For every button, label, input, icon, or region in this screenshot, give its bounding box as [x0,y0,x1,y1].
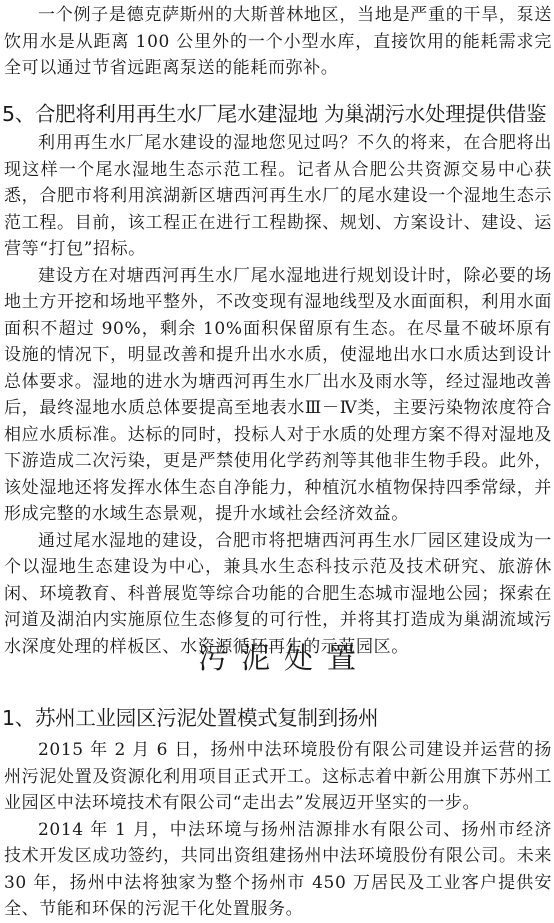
section5-paragraph-1: 利用再生水厂尾水建设的湿地您见过吗？不久的将来，在合肥将出现这样一个尾水湿地生态… [0,130,554,263]
sludge-section-title: 污泥处置 [0,638,554,678]
sludge-item1-paragraph-1: 2015 年 2 月 6 日，扬州中法环境股份有限公司建设并运营的扬州污泥处置及… [0,737,554,817]
intro-paragraph: 一个例子是德克萨斯州的大斯普林地区，当地是严重的干旱，泵送饮用水是从距离 100… [0,2,554,82]
sludge-item1-body: 2015 年 2 月 6 日，扬州中法环境股份有限公司建设并运营的扬州污泥处置及… [0,737,554,923]
sludge-item1-heading-block: 1、苏州工业园区污泥处置模式复制到扬州 [0,703,554,733]
section5-heading: 5、合肥将利用再生水厂尾水建湿地 为巢湖污水处理提供借鉴 [0,99,554,129]
sludge-item1-paragraph-2: 2014 年 1 月，中法环境与扬州洁源排水有限公司、扬州市经济技术开发区成功签… [0,817,554,923]
intro-block: 一个例子是德克萨斯州的大斯普林地区，当地是严重的干旱，泵送饮用水是从距离 100… [0,2,554,82]
sludge-item1-heading: 1、苏州工业园区污泥处置模式复制到扬州 [0,703,554,733]
sludge-title-block: 污泥处置 [0,638,554,678]
section5-paragraph-2: 建设方在对塘西河再生水厂尾水湿地进行规划设计时，除必要的场地土方开挖和场地平整外… [0,263,554,528]
section5-body: 利用再生水厂尾水建设的湿地您见过吗？不久的将来，在合肥将出现这样一个尾水湿地生态… [0,130,554,660]
section5-heading-block: 5、合肥将利用再生水厂尾水建湿地 为巢湖污水处理提供借鉴 [0,99,554,129]
